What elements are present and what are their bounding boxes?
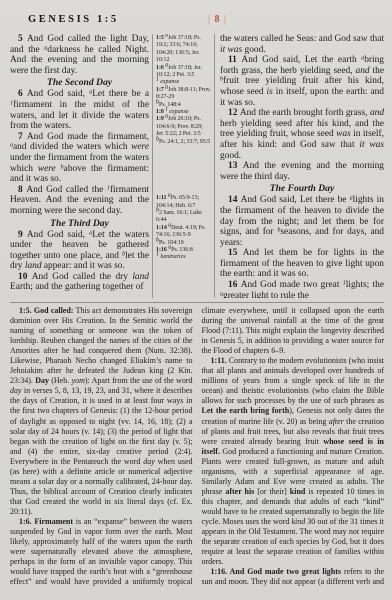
- day-heading: The Second Day: [10, 77, 149, 88]
- verse: 16 And God made two great 1lights; the a…: [220, 280, 384, 298]
- verse-number: 8: [18, 185, 23, 195]
- verse: 7 And God made the firmament, aand divid…: [10, 132, 149, 185]
- cross-reference-group-bottom: 1:11 aPs. 65:9-13; 104:14; Heb. 6:7b2 Sa…: [156, 195, 212, 262]
- cross-reference: 1:5 aJob 37:18; Ps. 19:2; 33:6; 74:16; 1…: [156, 35, 212, 65]
- verse: 10 And God called the dry land Earth; an…: [10, 272, 149, 293]
- bible-page: GENESIS 1:5 | 8 | 5 And God called the l…: [0, 0, 392, 600]
- cross-reference: b2 Sam. 16:1; Luke 6:44: [156, 210, 212, 225]
- verse: 6 And God said, aLet there be a 1firmame…: [10, 89, 149, 131]
- commentary-divider: [10, 302, 384, 303]
- cross-reference-column: 1:5 aJob 37:18; Ps. 19:2; 33:6; 74:16; 1…: [152, 34, 215, 298]
- verse-number: 11: [228, 55, 237, 65]
- page-number: | 8 |: [208, 14, 227, 25]
- book-reference: GENESIS 1:5: [10, 14, 384, 25]
- page-number-value: 8: [215, 14, 221, 25]
- scripture-section: 5 And God called the light Day, and the …: [10, 34, 384, 298]
- verse: 14 And God said, Let there be alights in…: [220, 195, 384, 248]
- cross-reference: 1:6 aJob 37:18; Jer. 10:12; 2 Pet. 3:5: [156, 65, 212, 80]
- verse: 15 And let them be for lights in the fir…: [220, 248, 384, 280]
- verse: 11 And God said, Let the earth abring fo…: [220, 55, 384, 108]
- verse-number: 14: [228, 195, 237, 205]
- verse: 12 And the earth brought forth grass, an…: [220, 108, 384, 161]
- verse-number: 7: [18, 132, 23, 142]
- cross-reference: 1 luminaries: [156, 254, 212, 261]
- verse: 5 And God called the light Day, and the …: [10, 34, 149, 76]
- cross-reference: 1:7 aJob 38:8-11; Prov. 8:27-29: [156, 87, 212, 102]
- verse: 8 And God called the 1firmament Heaven. …: [10, 185, 149, 217]
- commentary-paragraph: 1:11. Contrary to the modern evolutionis…: [202, 356, 385, 567]
- verse-number: 13: [228, 161, 237, 171]
- verse-number: 6: [18, 89, 23, 99]
- verse-number: 10: [18, 272, 27, 282]
- day-heading: The Fourth Day: [220, 183, 384, 194]
- cross-reference: 1:9 aJob 26:10; Ps. 104:6-9; Prov. 8:29;…: [156, 116, 212, 138]
- verse: 13 And the evening and the morning were …: [220, 161, 384, 182]
- verse-continuation: the waters called he Seas: and God saw t…: [220, 34, 384, 55]
- verse-number: 12: [228, 108, 237, 118]
- page-number-right-bracket: |: [224, 14, 227, 25]
- cross-reference: 1:11 aPs. 65:9-13; 104:14; Heb. 6:7: [156, 195, 212, 210]
- scripture-right-column: the waters called he Seas: and God saw t…: [215, 34, 384, 298]
- cross-reference: bPs. 104:19: [156, 240, 212, 247]
- verse-number: 16: [228, 280, 237, 290]
- cross-reference: 1:14 aDeut. 4:19; Ps. 74:16; 136:5-9: [156, 225, 212, 240]
- verse-number: 15: [228, 248, 237, 258]
- cross-reference-group-top: 1:5 aJob 37:18; Ps. 19:2; 33:6; 74:16; 1…: [156, 35, 212, 146]
- verse-number: 9: [18, 230, 23, 240]
- cross-reference: bPs. 24:1, 2; 33:7; 95:5: [156, 139, 212, 146]
- day-heading: The Third Day: [10, 218, 149, 229]
- verse: 9 And God said, aLet the waters under th…: [10, 230, 149, 272]
- scripture-left-column: 5 And God called the light Day, and the …: [10, 34, 149, 298]
- commentary-paragraph: 1:5. God called: This act demonstrates H…: [10, 306, 193, 517]
- verse-number: 5: [18, 34, 23, 44]
- page-number-left-bracket: |: [208, 14, 211, 25]
- commentary-section: 1:5. God called: This act demonstrates H…: [10, 306, 384, 594]
- page-header: GENESIS 1:5 | 8 |: [10, 14, 384, 30]
